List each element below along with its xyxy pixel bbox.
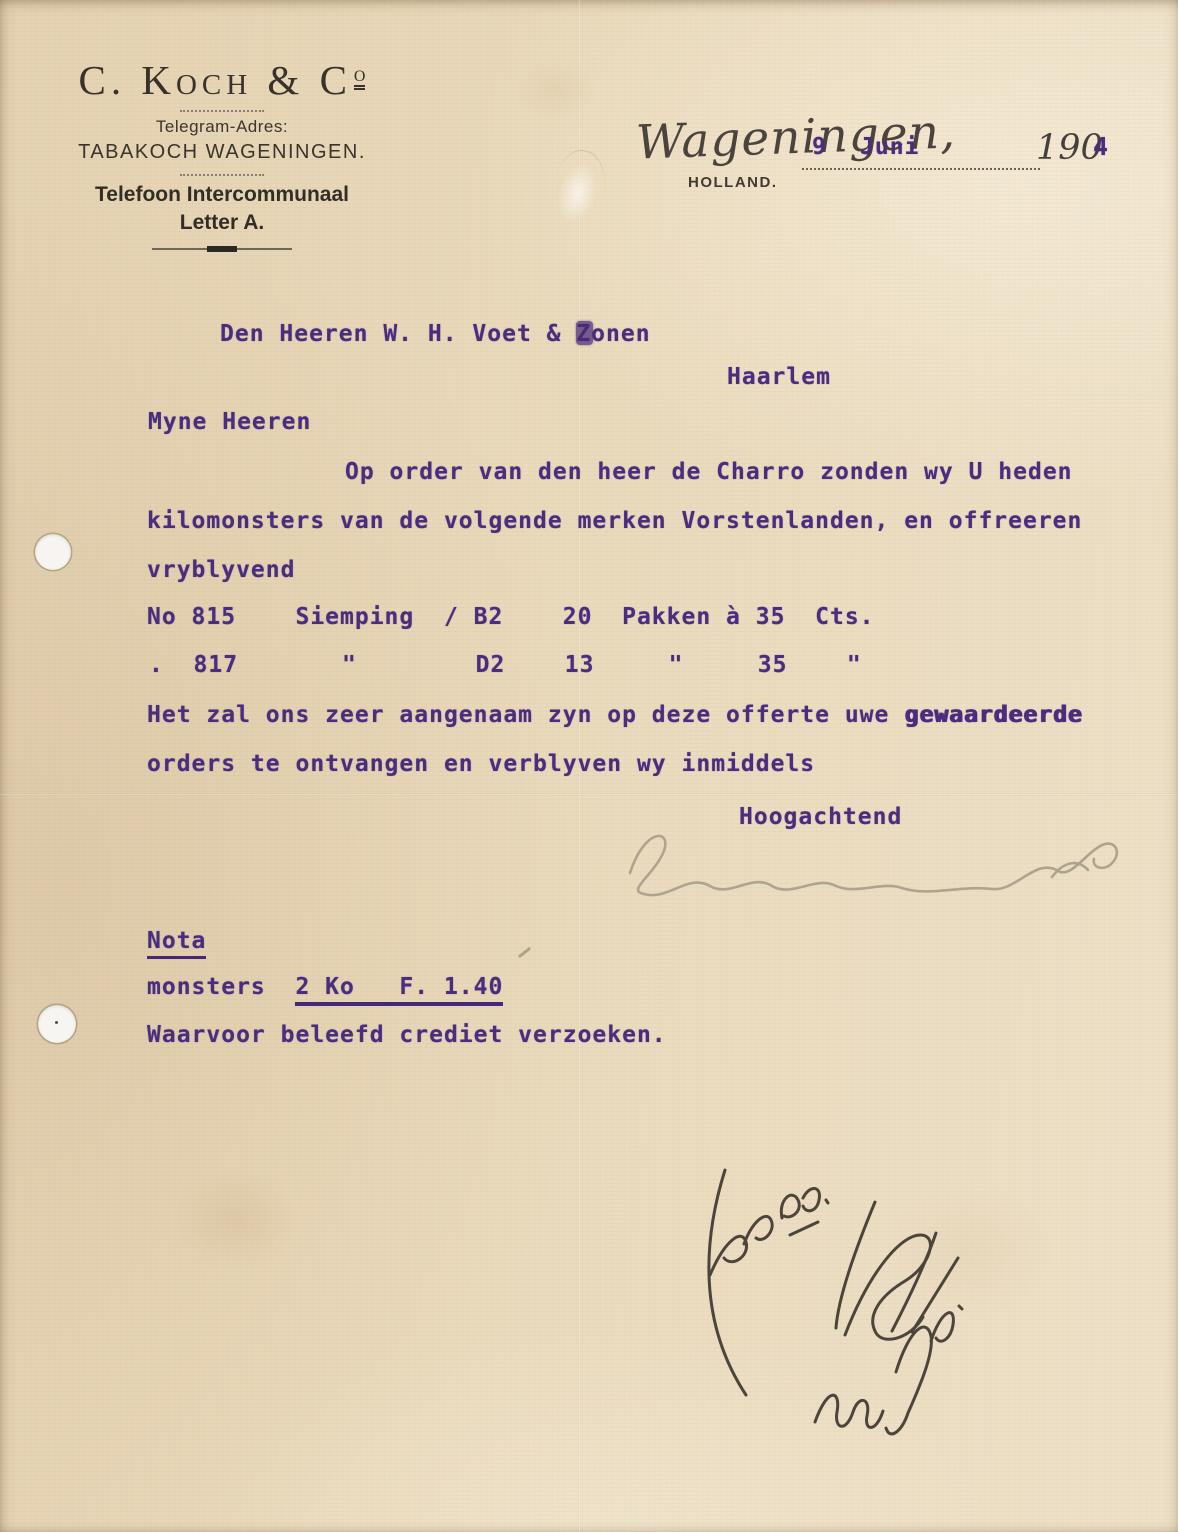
nota-amount-label: monsters [147,974,295,1000]
overstrike-blotch [576,321,593,345]
country-label: HOLLAND. [688,174,778,191]
pencil-tick-mark [518,947,532,959]
horizontal-fold-crease [0,793,1178,796]
telephone-letter: Letter A. [55,211,389,235]
paragraph1-line3: vryblyvend [147,559,295,582]
company-name-main: C. Koch & C [79,57,352,103]
typed-day: 9 [812,136,827,159]
letterhead-divider [180,110,264,112]
telephone-line: Telefoon Intercommunaal [55,183,389,207]
typed-month: Juni [860,136,919,159]
pencil-signature [600,815,1145,920]
paragraph2-line2: orders te ontvangen en verblyven wy inmi… [147,753,815,776]
punch-hole-bottom [38,1005,76,1043]
paragraph2-line1: Het zal ons zeer aangenaam zyn op deze o… [147,704,1082,727]
date-dotted-line [802,140,1040,170]
paragraph1-line1: Op order van den heer de Charro zonden w… [345,461,1073,484]
offer-item-row: No 815 Siemping / B2 20 Pakken à 35 Cts. [147,606,875,629]
nota-heading: Nota [147,930,206,959]
paper-damage-spot [542,145,613,240]
letterhead-bottom-rule-center [207,246,237,252]
handwritten-ink-note [640,1140,1010,1490]
company-name-superscript: o [354,64,366,90]
telegram-address-label: Telegram-Adres: [55,117,389,137]
letterhead-bottom-rule [152,248,292,250]
company-name: C. Koch & Co [55,58,389,103]
paragraph2-line1-overstruck-word: gewaardeerde [904,702,1082,728]
punch-hole-top [35,534,71,570]
nota-amount-line: monsters 2 Ko F. 1.40 [147,976,503,999]
paper-speck [55,1021,58,1024]
letterhead-divider [180,174,264,176]
offer-item-row: . 817 " D2 13 " 35 " [149,654,862,677]
paper-stain [500,50,610,130]
typed-year-digit: 4 [1093,134,1109,159]
paragraph1-line2: kilomonsters van de volgende merken Vors… [147,510,1082,533]
nota-amount-underlined: 2 Ko F. 1.40 [295,974,503,1006]
letter-document: C. Koch & Co Telegram-Adres: TABAKOCH WA… [0,0,1178,1532]
addressee-city: Haarlem [727,366,831,389]
salutation: Myne Heeren [148,411,311,434]
nota-request-line: Waarvoor beleefd crediet verzoeken. [147,1024,667,1047]
telegram-address-value: TABAKOCH WAGENINGEN. [55,141,389,164]
paper-stain [150,1150,320,1290]
letterhead: C. Koch & Co Telegram-Adres: TABAKOCH WA… [55,58,389,250]
paragraph2-line1-text: Het zal ons zeer aangenaam zyn op deze o… [147,702,904,728]
